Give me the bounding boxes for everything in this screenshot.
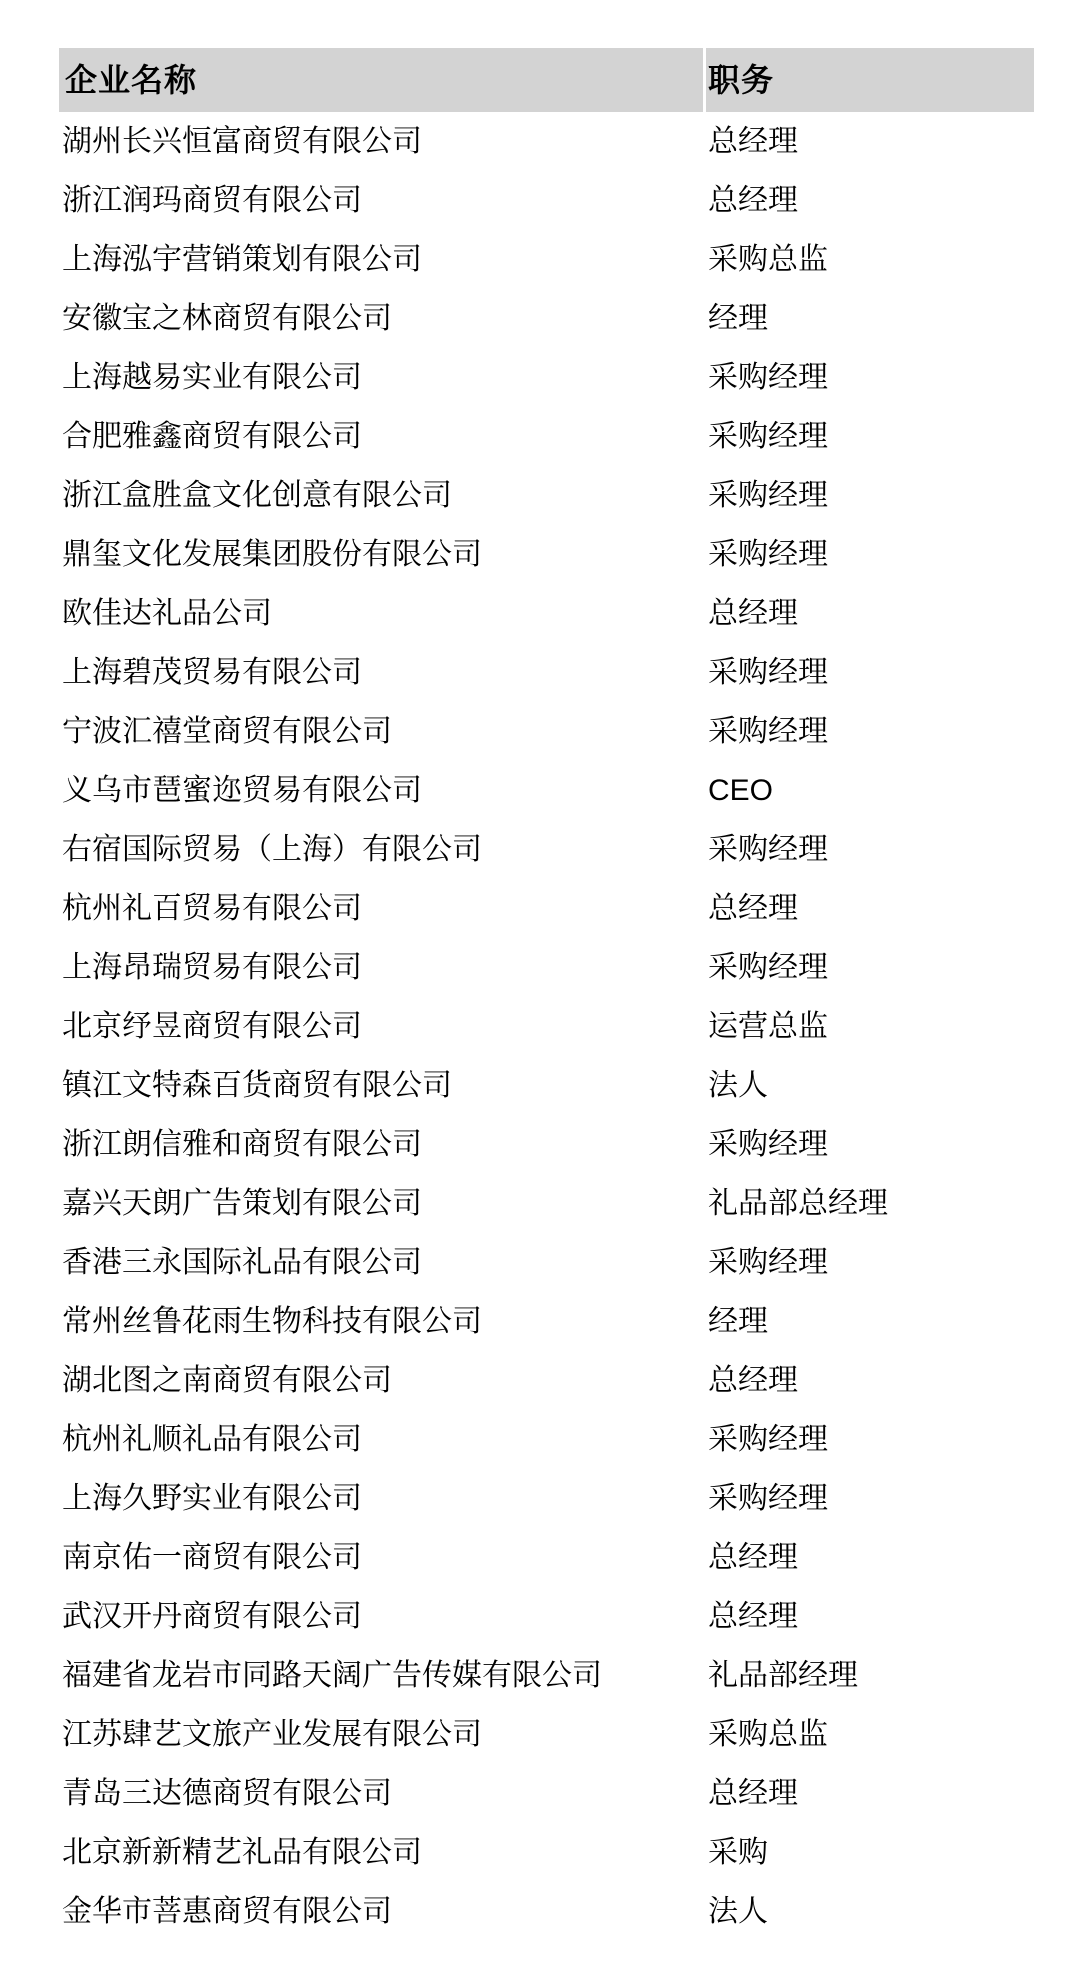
- table-row: 北京纾昱商贸有限公司运营总监: [59, 997, 1034, 1056]
- title-cell: 采购经理: [706, 1115, 1034, 1174]
- column-header-company: 企业名称: [59, 48, 703, 112]
- company-cell: 嘉兴天朗广告策划有限公司: [59, 1174, 703, 1233]
- table-header-row: 企业名称 职务: [59, 48, 1034, 112]
- company-cell: 鼎玺文化发展集团股份有限公司: [59, 525, 703, 584]
- column-header-title: 职务: [706, 48, 1034, 112]
- title-cell: 采购总监: [706, 1705, 1034, 1764]
- title-cell: 采购经理: [706, 643, 1034, 702]
- title-cell: CEO: [706, 761, 1034, 820]
- title-cell: 采购经理: [706, 820, 1034, 879]
- table-row: 香港三永国际礼品有限公司采购经理: [59, 1233, 1034, 1292]
- table-row: 义乌市琶蜜迩贸易有限公司CEO: [59, 761, 1034, 820]
- table-row: 青岛三达德商贸有限公司总经理: [59, 1764, 1034, 1823]
- title-cell: 采购经理: [706, 466, 1034, 525]
- company-cell: 上海碧茂贸易有限公司: [59, 643, 703, 702]
- table-row: 北京新新精艺礼品有限公司采购: [59, 1823, 1034, 1882]
- table-row: 湖州长兴恒富商贸有限公司总经理: [59, 112, 1034, 171]
- companies-table: 企业名称 职务 湖州长兴恒富商贸有限公司总经理浙江润玛商贸有限公司总经理上海泓宇…: [59, 48, 1034, 1941]
- company-cell: 北京纾昱商贸有限公司: [59, 997, 703, 1056]
- title-cell: 采购经理: [706, 938, 1034, 997]
- page: { "colors": { "header_bg": "#d3d3d3", "t…: [0, 0, 1080, 1974]
- table-row: 合肥雅鑫商贸有限公司采购经理: [59, 407, 1034, 466]
- table-row: 江苏肆艺文旅产业发展有限公司采购总监: [59, 1705, 1034, 1764]
- company-cell: 湖州长兴恒富商贸有限公司: [59, 112, 703, 171]
- title-cell: 采购经理: [706, 525, 1034, 584]
- company-cell: 浙江朗信雅和商贸有限公司: [59, 1115, 703, 1174]
- table-row: 欧佳达礼品公司总经理: [59, 584, 1034, 643]
- title-cell: 采购经理: [706, 1410, 1034, 1469]
- table-row: 上海碧茂贸易有限公司采购经理: [59, 643, 1034, 702]
- company-cell: 上海泓宇营销策划有限公司: [59, 230, 703, 289]
- table-row: 南京佑一商贸有限公司总经理: [59, 1528, 1034, 1587]
- company-cell: 常州丝鲁花雨生物科技有限公司: [59, 1292, 703, 1351]
- title-cell: 总经理: [706, 584, 1034, 643]
- company-cell: 南京佑一商贸有限公司: [59, 1528, 703, 1587]
- table-row: 湖北图之南商贸有限公司总经理: [59, 1351, 1034, 1410]
- company-cell: 福建省龙岩市同路天阔广告传媒有限公司: [59, 1646, 703, 1705]
- title-cell: 运营总监: [706, 997, 1034, 1056]
- table-row: 上海越易实业有限公司采购经理: [59, 348, 1034, 407]
- table-row: 金华市菩惠商贸有限公司法人: [59, 1882, 1034, 1941]
- table-row: 浙江盒胜盒文化创意有限公司采购经理: [59, 466, 1034, 525]
- table-row: 右宿国际贸易（上海）有限公司采购经理: [59, 820, 1034, 879]
- company-cell: 金华市菩惠商贸有限公司: [59, 1882, 703, 1941]
- company-cell: 宁波汇禧堂商贸有限公司: [59, 702, 703, 761]
- title-cell: 经理: [706, 289, 1034, 348]
- company-cell: 安徽宝之林商贸有限公司: [59, 289, 703, 348]
- table-row: 福建省龙岩市同路天阔广告传媒有限公司礼品部经理: [59, 1646, 1034, 1705]
- table-row: 浙江润玛商贸有限公司总经理: [59, 171, 1034, 230]
- company-cell: 武汉开丹商贸有限公司: [59, 1587, 703, 1646]
- title-cell: 采购经理: [706, 407, 1034, 466]
- table-row: 安徽宝之林商贸有限公司经理: [59, 289, 1034, 348]
- title-cell: 采购经理: [706, 702, 1034, 761]
- title-cell: 法人: [706, 1882, 1034, 1941]
- title-cell: 礼品部经理: [706, 1646, 1034, 1705]
- company-cell: 右宿国际贸易（上海）有限公司: [59, 820, 703, 879]
- company-cell: 杭州礼百贸易有限公司: [59, 879, 703, 938]
- title-cell: 总经理: [706, 1528, 1034, 1587]
- title-cell: 采购经理: [706, 1469, 1034, 1528]
- table-body: 湖州长兴恒富商贸有限公司总经理浙江润玛商贸有限公司总经理上海泓宇营销策划有限公司…: [59, 112, 1034, 1941]
- title-cell: 经理: [706, 1292, 1034, 1351]
- company-cell: 湖北图之南商贸有限公司: [59, 1351, 703, 1410]
- title-cell: 总经理: [706, 1587, 1034, 1646]
- title-cell: 采购总监: [706, 230, 1034, 289]
- company-cell: 青岛三达德商贸有限公司: [59, 1764, 703, 1823]
- table-row: 杭州礼百贸易有限公司总经理: [59, 879, 1034, 938]
- company-cell: 香港三永国际礼品有限公司: [59, 1233, 703, 1292]
- company-cell: 上海久野实业有限公司: [59, 1469, 703, 1528]
- title-cell: 法人: [706, 1056, 1034, 1115]
- table-row: 杭州礼顺礼品有限公司采购经理: [59, 1410, 1034, 1469]
- company-cell: 合肥雅鑫商贸有限公司: [59, 407, 703, 466]
- company-cell: 北京新新精艺礼品有限公司: [59, 1823, 703, 1882]
- company-cell: 上海越易实业有限公司: [59, 348, 703, 407]
- table-row: 嘉兴天朗广告策划有限公司礼品部总经理: [59, 1174, 1034, 1233]
- title-cell: 礼品部总经理: [706, 1174, 1034, 1233]
- table-row: 上海昂瑞贸易有限公司采购经理: [59, 938, 1034, 997]
- company-cell: 镇江文特森百货商贸有限公司: [59, 1056, 703, 1115]
- company-cell: 江苏肆艺文旅产业发展有限公司: [59, 1705, 703, 1764]
- table-row: 镇江文特森百货商贸有限公司法人: [59, 1056, 1034, 1115]
- company-cell: 浙江盒胜盒文化创意有限公司: [59, 466, 703, 525]
- company-cell: 杭州礼顺礼品有限公司: [59, 1410, 703, 1469]
- company-cell: 浙江润玛商贸有限公司: [59, 171, 703, 230]
- company-cell: 义乌市琶蜜迩贸易有限公司: [59, 761, 703, 820]
- title-cell: 总经理: [706, 1351, 1034, 1410]
- title-cell: 采购: [706, 1823, 1034, 1882]
- title-cell: 总经理: [706, 1764, 1034, 1823]
- title-cell: 总经理: [706, 112, 1034, 171]
- table-row: 上海久野实业有限公司采购经理: [59, 1469, 1034, 1528]
- table-row: 武汉开丹商贸有限公司总经理: [59, 1587, 1034, 1646]
- table-row: 浙江朗信雅和商贸有限公司采购经理: [59, 1115, 1034, 1174]
- title-cell: 总经理: [706, 879, 1034, 938]
- title-cell: 采购经理: [706, 348, 1034, 407]
- company-cell: 欧佳达礼品公司: [59, 584, 703, 643]
- table-row: 鼎玺文化发展集团股份有限公司采购经理: [59, 525, 1034, 584]
- table-row: 上海泓宇营销策划有限公司采购总监: [59, 230, 1034, 289]
- table-row: 常州丝鲁花雨生物科技有限公司经理: [59, 1292, 1034, 1351]
- title-cell: 总经理: [706, 171, 1034, 230]
- title-cell: 采购经理: [706, 1233, 1034, 1292]
- company-cell: 上海昂瑞贸易有限公司: [59, 938, 703, 997]
- table-row: 宁波汇禧堂商贸有限公司采购经理: [59, 702, 1034, 761]
